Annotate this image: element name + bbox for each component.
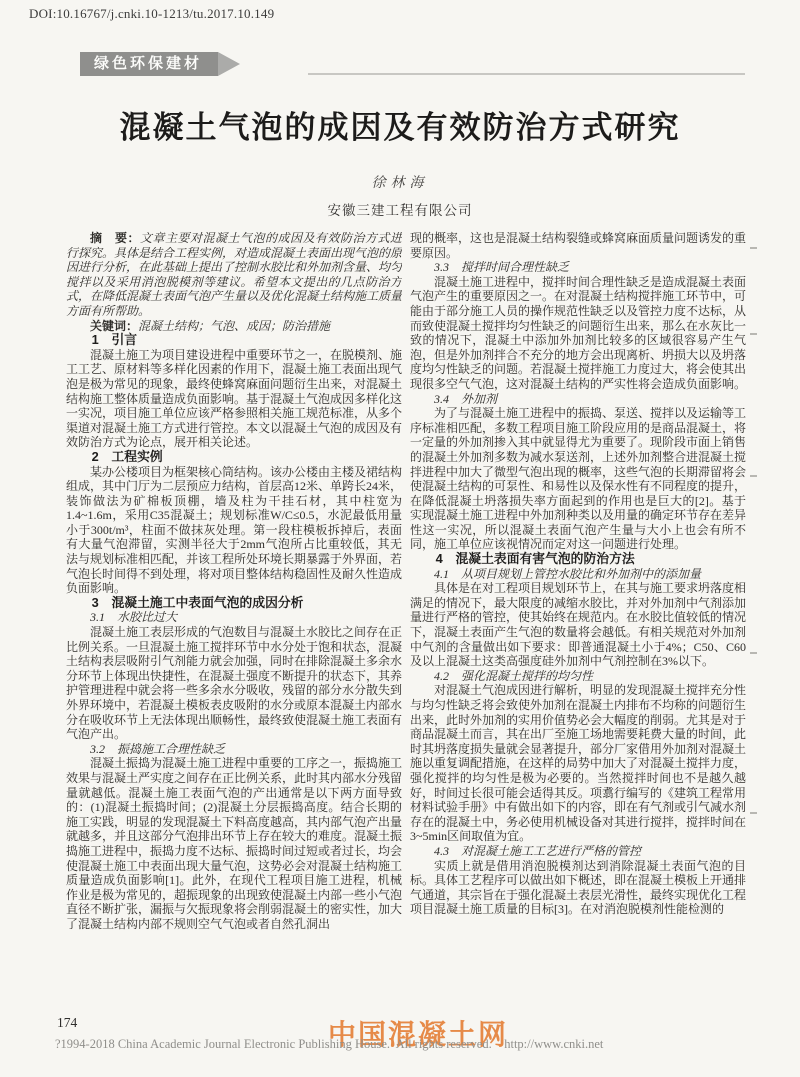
page-title: 混凝土气泡的成因及有效防治方式研究 [0, 102, 800, 147]
section-2-paragraph: 某办公楼项目为框架核心筒结构。该办公楼由主楼及裙结构组成，其中门厅为二层预应力结… [66, 465, 402, 596]
keywords-label: 关键词： [90, 319, 138, 333]
subsection-4-3-paragraph: 实质上就是借用消泡脱模剂达到消除混凝土表面气泡的目标。具体工艺程序可以做出如下概… [410, 859, 746, 917]
keywords-text: 混凝土结构；气泡、成因；防治措施 [138, 319, 330, 333]
subsection-3-4-paragraph: 为了与混凝土施工进程中的振捣、泵送、搅拌以及运输等工序标准相匹配，多数工程项目施… [410, 406, 746, 552]
left-column: 摘 要：文章主要对混凝土气泡的成因及有效防治方式进行探究。具体是结合工程实例，对… [66, 231, 402, 1011]
header-divider [308, 73, 745, 75]
scan-artifact-mark [750, 475, 757, 477]
subsection-heading-3-1: 3.1 水胶比过大 [66, 610, 402, 625]
abstract-paragraph: 摘 要：文章主要对混凝土气泡的成因及有效防治方式进行探究。具体是结合工程实例，对… [66, 231, 402, 319]
keywords-paragraph: 关键词：混凝土结构；气泡、成因；防治措施 [66, 319, 402, 334]
subsection-3-2-paragraph: 混凝土振捣为混凝土施工进程中重要的工序之一，振捣施工效果与混凝土严实度之间存在正… [66, 756, 402, 931]
subsection-heading-3-3: 3.3 搅拌时间合理性缺乏 [410, 260, 746, 275]
article-body: 摘 要：文章主要对混凝土气泡的成因及有效防治方式进行探究。具体是结合工程实例，对… [66, 231, 746, 1011]
scan-artifact-mark [750, 333, 757, 335]
scan-artifact-mark [750, 812, 757, 814]
category-banner: 绿色环保建材 [80, 52, 218, 76]
subsection-heading-3-4: 3.4 外加剂 [410, 392, 746, 407]
subsection-heading-4-3: 4.3 对混凝土施工工艺进行严格的管控 [410, 844, 746, 859]
doi-line: DOI:10.16767/j.cnki.10-1213/tu.2017.10.1… [29, 6, 274, 22]
author-name: 徐林海 [0, 172, 800, 192]
section-1-paragraph: 混凝土施工为项目建设进程中重要环节之一，在脱模剂、施工工艺、原材料等多样化因素的… [66, 348, 402, 450]
abstract-label: 摘 要： [90, 231, 140, 245]
subsection-3-2-continuation: 现的概率，这也是混凝土结构裂缝或蜂窝麻面质量问题诱发的重要原因。 [410, 231, 746, 260]
copyright-line: ?1994-2018 China Academic Journal Electr… [55, 1037, 755, 1052]
section-heading-3: 3 混凝土施工中表面气泡的成因分析 [66, 596, 402, 611]
section-heading-4: 4 混凝土表面有害气泡的防治方法 [410, 552, 746, 567]
subsection-3-3-paragraph: 混凝土施工进程中，搅拌时间合理性缺乏是造成混凝土表面气泡产生的重要原因之一。在对… [410, 275, 746, 392]
subsection-heading-4-1: 4.1 从项目规划上管控水胶比和外加剂中的添加量 [410, 567, 746, 582]
section-heading-1: 1 引言 [66, 333, 402, 348]
subsection-4-2-paragraph: 对混凝土气泡成因进行解析，明显的发现混凝土搅拌充分性与均匀性缺乏将会致使外加剂在… [410, 683, 746, 844]
banner-arrow-icon [218, 52, 240, 76]
section-heading-2: 2 工程实例 [66, 450, 402, 465]
subsection-3-1-paragraph: 混凝土施工表层形成的气泡数目与混凝土水胶比之间存在正比例关系。一旦混凝土施工搅拌… [66, 625, 402, 742]
subsection-heading-3-2: 3.2 振捣施工合理性缺乏 [66, 742, 402, 757]
scan-artifact-mark [750, 652, 757, 654]
author-affiliation: 安徽三建工程有限公司 [0, 199, 800, 219]
category-tag-label: 绿色环保建材 [80, 52, 218, 76]
subsection-heading-4-2: 4.2 强化混凝土搅拌的均匀性 [410, 669, 746, 684]
subsection-4-1-paragraph: 具体是在对工程项目规划环节上，在其与施工要求坍落度相满足的情况下，最大限度的减缩… [410, 581, 746, 669]
right-column: 现的概率，这也是混凝土结构裂缝或蜂窝麻面质量问题诱发的重要原因。 3.3 搅拌时… [410, 231, 746, 1011]
scan-artifact-mark [750, 247, 757, 249]
page-number: 174 [57, 1015, 77, 1031]
